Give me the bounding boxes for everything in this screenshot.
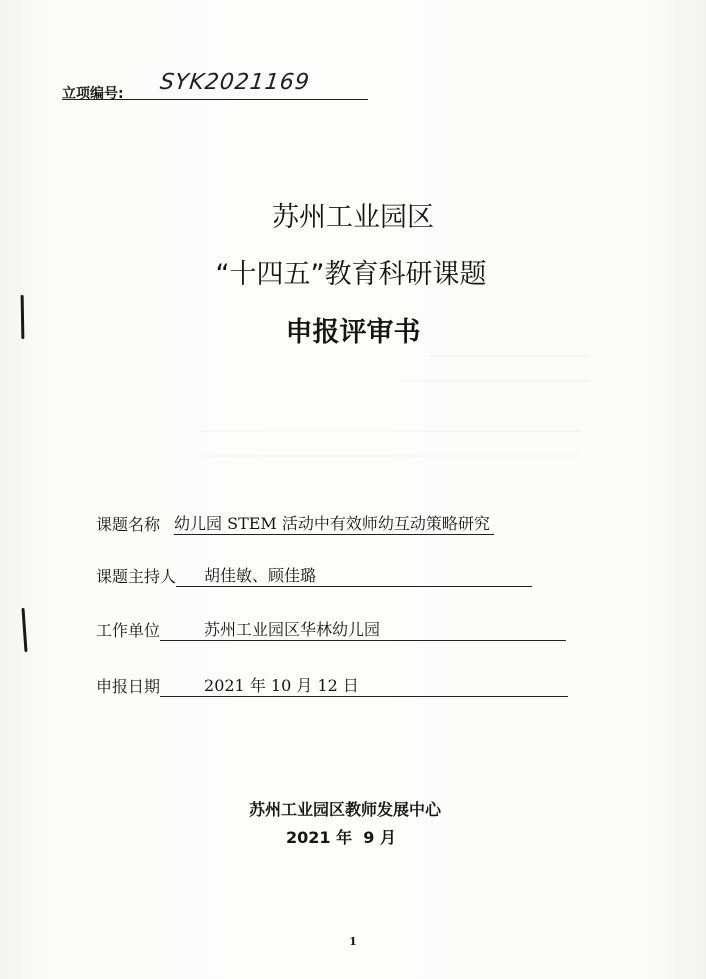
issuer-date: 2021 年 9 月 [0,825,694,848]
field-host: 课题主持人 胡佳敏、顾佳璐 [96,561,532,587]
scan-artifact [200,455,580,457]
title-region: 苏州工业园区 [0,195,706,234]
binding-mark [21,608,27,652]
field-topic-name: 课题名称 幼儿园 STEM 活动中有效师幼互动策略研究 [96,509,494,535]
field-value: 幼儿园 STEM 活动中有效师幼互动策略研究 [174,514,494,535]
page-number: 1 [0,935,706,948]
field-work-unit: 工作单位 苏州工业园区华林幼儿园 [96,615,566,641]
title-program: “十四五”教育科研课题 [0,252,704,291]
field-label: 申报日期 [96,674,160,697]
field-value: 2021 年 10 月 12 日 [160,676,568,697]
field-label: 工作单位 [96,618,160,641]
project-number-underline [62,99,368,100]
project-number-value: SYK2021169 [159,70,311,95]
title-doc-type: 申报评审书 [0,310,706,349]
field-application-date: 申报日期 2021 年 10 月 12 日 [96,671,568,697]
field-label: 课题主持人 [96,564,176,587]
scan-artifact [400,380,590,382]
field-value: 胡佳敏、顾佳璐 [176,566,532,587]
field-value: 苏州工业园区华林幼儿园 [160,620,566,641]
project-number-label: 立项编号: [62,83,124,103]
scan-artifact [430,355,590,357]
issuer-name: 苏州工业园区教师发展中心 [0,797,698,820]
field-label: 课题名称 [96,512,160,535]
document-page: 立项编号: SYK2021169 苏州工业园区 “十四五”教育科研课题 申报评审… [0,0,706,979]
scan-artifact [200,430,580,432]
